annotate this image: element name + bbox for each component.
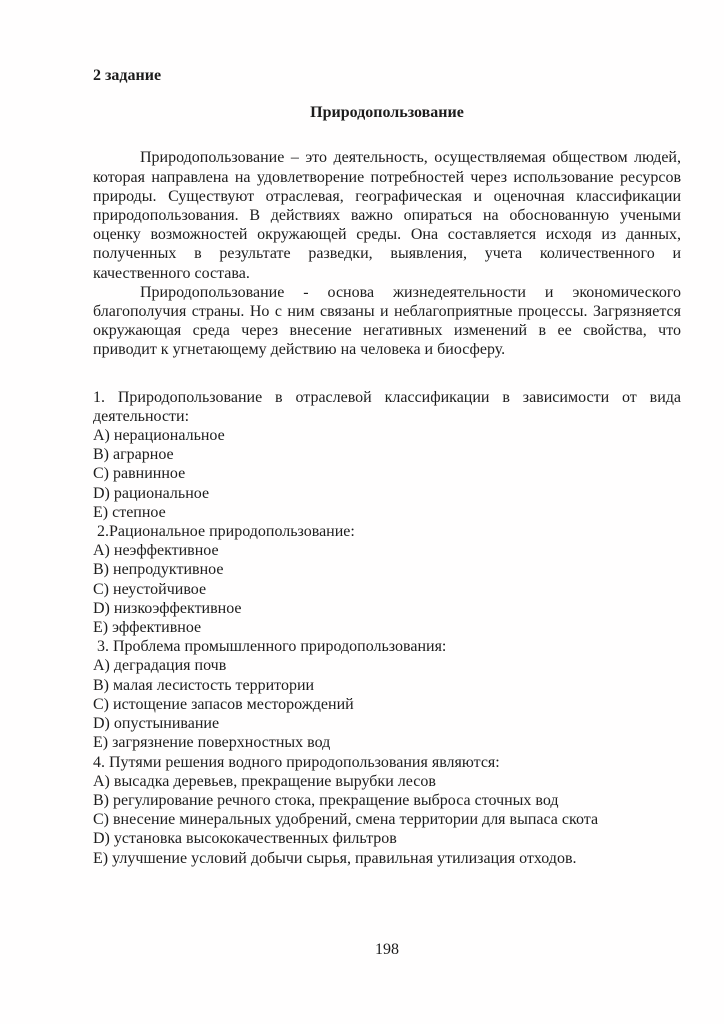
question-3-stem: 3. Проблема промышленного природопользов… — [93, 637, 681, 656]
question-3-option-a: A) деградация почв — [93, 656, 681, 675]
question-2-option-e: E) эффективное — [93, 618, 681, 637]
question-2-option-d: D) низкоэффективное — [93, 599, 681, 618]
document-title: Природопользование — [93, 103, 681, 122]
question-4-option-d: D) установка высококачественных фильтров — [93, 829, 681, 848]
document-page: 2 задание Природопользование Природополь… — [0, 0, 724, 1024]
question-2-option-b: B) непродуктивное — [93, 560, 681, 579]
question-1: 1. Природопользование в отраслевой класс… — [93, 388, 681, 522]
question-4-option-a: A) высадка деревьев, прекращение вырубки… — [93, 772, 681, 791]
question-1-stem: 1. Природопользование в отраслевой класс… — [93, 388, 681, 426]
question-4: 4. Путями решения водного природопользов… — [93, 753, 681, 868]
question-4-option-b: B) регулирование речного стока, прекраще… — [93, 791, 681, 810]
page-number: 198 — [93, 940, 681, 959]
question-3-option-e: E) загрязнение поверхностных вод — [93, 733, 681, 752]
question-2-option-a: A) неэффективное — [93, 541, 681, 560]
question-1-option-c: C) равнинное — [93, 464, 681, 483]
question-4-stem: 4. Путями решения водного природопользов… — [93, 753, 681, 772]
question-1-option-e: E) степное — [93, 503, 681, 522]
question-1-option-d: D) рациональное — [93, 484, 681, 503]
questions-section: 1. Природопользование в отраслевой класс… — [93, 388, 681, 868]
question-3-option-d: D) опустынивание — [93, 714, 681, 733]
question-2: 2.Рациональное природопользование: A) не… — [93, 522, 681, 637]
question-1-option-b: B) аграрное — [93, 445, 681, 464]
question-2-stem: 2.Рациональное природопользование: — [93, 522, 681, 541]
task-label: 2 задание — [93, 66, 681, 85]
question-2-option-c: C) неустойчивое — [93, 580, 681, 599]
intro-paragraph-2: Природопользование - основа жизнедеятель… — [93, 283, 681, 360]
question-4-option-e: E) улучшение условий добычи сырья, прави… — [93, 849, 681, 868]
intro-paragraph-1: Природопользование – это деятельность, о… — [93, 148, 681, 282]
question-3-option-b: B) малая лесистость территории — [93, 676, 681, 695]
question-3-option-c: C) истощение запасов месторождений — [93, 695, 681, 714]
question-1-option-a: A) нерациональное — [93, 426, 681, 445]
question-3: 3. Проблема промышленного природопользов… — [93, 637, 681, 752]
question-4-option-c: C) внесение минеральных удобрений, смена… — [93, 810, 681, 829]
